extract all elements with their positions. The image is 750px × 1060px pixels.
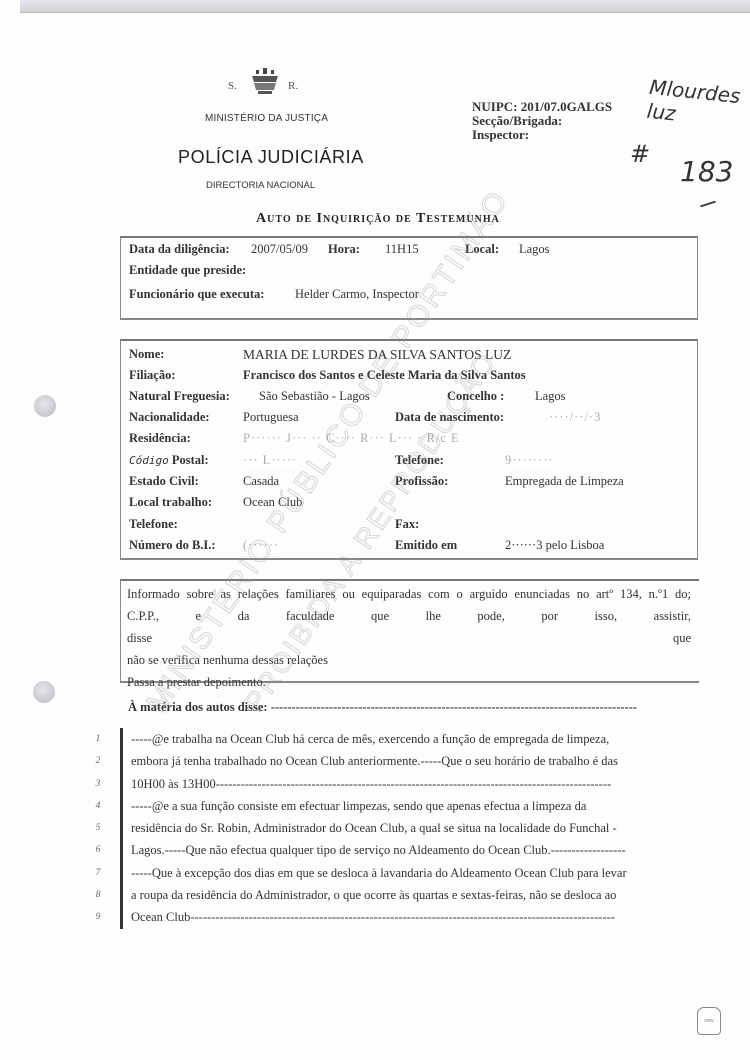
relations-line: Passa a prestar depoimento. bbox=[127, 671, 691, 693]
date-value: 2007/05/09 bbox=[251, 242, 308, 257]
id-number-value: (······ bbox=[243, 538, 279, 553]
parish-label: Natural Freguesia: bbox=[129, 389, 230, 403]
postal-value: ··· L····· bbox=[243, 453, 297, 468]
statement-line: 2embora já tenha trabalhado no Ocean Clu… bbox=[123, 750, 683, 772]
phone-label: Telefone: bbox=[395, 453, 444, 468]
nuipc-label: NUIPC: 201/07.0GALGS bbox=[472, 100, 612, 114]
name-row: Nome: MARIA DE LURDES DA SILVA SANTOS LU… bbox=[129, 347, 164, 362]
entity-label: Entidade que preside: bbox=[129, 263, 246, 277]
relations-text: Informado sobre as relações familiares o… bbox=[127, 583, 691, 693]
nationality-label: Nacionalidade: bbox=[129, 410, 210, 424]
civil-status-value: Casada bbox=[243, 474, 279, 489]
parish-row: Natural Freguesia: São Sebastião - Lagos… bbox=[129, 389, 230, 404]
relations-line: Informado sobre as relações familiares o… bbox=[127, 583, 691, 605]
crest-right-letter: R. bbox=[288, 80, 298, 92]
work-phone-row: Telefone: Fax: bbox=[129, 517, 178, 532]
workplace-row: Local trabalho: Ocean Club bbox=[129, 495, 212, 510]
statement-line: 5residência do Sr. Robin, Administrador … bbox=[123, 817, 683, 839]
document-title: Auto de Inquirição de Testemunha bbox=[256, 211, 500, 227]
statement-line: 1-----@e trabalha na Ocean Club há cerca… bbox=[123, 728, 683, 750]
name-value: MARIA DE LURDES DA SILVA SANTOS LUZ bbox=[243, 347, 511, 363]
id-row: Número do B.I.: (······ Emitido em 2····… bbox=[129, 538, 216, 553]
parents-row: Filiação: Francisco dos Santos e Celeste… bbox=[129, 368, 176, 383]
line-number: 5 bbox=[91, 817, 105, 839]
punch-hole bbox=[33, 681, 55, 703]
county-value: Lagos bbox=[535, 389, 566, 404]
time-label: Hora: bbox=[328, 242, 360, 257]
work-phone-label: Telefone: bbox=[129, 517, 178, 531]
id-number-label: Número do B.I.: bbox=[129, 538, 216, 552]
profession-label: Profissão: bbox=[395, 474, 448, 489]
relations-box: Informado sobre as relações familiares o… bbox=[120, 579, 699, 683]
agency-name: POLÍCIA JUDICIÁRIA bbox=[178, 147, 364, 168]
workplace-label: Local trabalho: bbox=[129, 495, 212, 509]
statement-line: 9Ocean Club-----------------------------… bbox=[123, 906, 683, 928]
postal-row: Código Postal: ··· L····· Telefone: 9···… bbox=[129, 453, 209, 468]
officer-label: Funcionário que executa: bbox=[129, 287, 264, 301]
relations-line: não se verifica nenhuma dessas relações bbox=[127, 649, 691, 671]
handwritten-underline bbox=[700, 201, 716, 208]
civil-row: Estado Civil: Casada Profissão: Empregad… bbox=[129, 474, 199, 489]
residence-value: P······ J··· ·· C···· R··· L··· · R/c E bbox=[243, 431, 460, 446]
line-number: 8 bbox=[91, 884, 105, 906]
statement-line: 6Lagos.-----Que não efectua qualquer tip… bbox=[123, 839, 683, 861]
officer-value: Helder Carmo, Inspector bbox=[295, 287, 419, 302]
statement-text: Lagos.-----Que não efectua qualquer tipo… bbox=[131, 843, 626, 857]
birth-date-label: Data de nascimento: bbox=[395, 410, 504, 425]
statement-text: -----@e a sua função consiste em efectua… bbox=[131, 799, 586, 813]
line-number: 4 bbox=[91, 795, 105, 817]
profession-value: Empregada de Limpeza bbox=[505, 474, 624, 489]
case-reference-block: NUIPC: 201/07.0GALGS Secção/Brigada: Ins… bbox=[472, 100, 612, 142]
statement-text: 10H00 às 13H00--------------------------… bbox=[131, 777, 611, 791]
handwritten-name: Mlourdes luz bbox=[646, 75, 750, 133]
scan-top-edge bbox=[20, 0, 750, 13]
parents-value: Francisco dos Santos e Celeste Maria da … bbox=[243, 368, 526, 383]
statement-line: 310H00 às 13H00-------------------------… bbox=[123, 773, 683, 795]
statement-line: 4-----@e a sua função consiste em efectu… bbox=[123, 795, 683, 817]
line-number: 9 bbox=[91, 906, 105, 928]
inspector-label: Inspector: bbox=[472, 128, 612, 142]
crest-row: S. R. bbox=[228, 68, 318, 96]
postal-label: Postal: bbox=[169, 453, 209, 467]
parish-value: São Sebastião - Lagos bbox=[259, 389, 370, 404]
punch-hole bbox=[34, 395, 56, 417]
nationality-value: Portuguesa bbox=[243, 410, 299, 425]
statement-line: 8a roupa da residência do Administrador,… bbox=[123, 884, 683, 906]
birth-date-value: ····/··/·3 bbox=[549, 410, 601, 425]
statement-text: embora já tenha trabalhado no Ocean Club… bbox=[131, 754, 618, 768]
place-value: Lagos bbox=[519, 242, 550, 257]
coat-of-arms-icon bbox=[248, 68, 282, 96]
statement-text: -----Que à excepção dos dias em que se d… bbox=[131, 866, 627, 880]
ministry-name: MINISTÉRIO DA JUSTIÇA bbox=[205, 113, 328, 124]
handwritten-page-number: 183 bbox=[680, 155, 733, 188]
witness-box: Nome: MARIA DE LURDES DA SILVA SANTOS LU… bbox=[120, 339, 698, 560]
officer-row: Funcionário que executa: Helder Carmo, I… bbox=[129, 287, 264, 302]
statement-line: 7-----Que à excepção dos dias em que se … bbox=[123, 862, 683, 884]
line-number: 7 bbox=[91, 862, 105, 884]
entity-row: Entidade que preside: bbox=[129, 263, 246, 278]
place-label: Local: bbox=[465, 242, 499, 257]
crest-left-letter: S. bbox=[228, 80, 237, 92]
fax-label: Fax: bbox=[395, 517, 419, 532]
issued-label: Emitido em bbox=[395, 538, 457, 553]
statement-text: residência do Sr. Robin, Administrador d… bbox=[131, 821, 617, 835]
statement-text: a roupa da residência do Administrador, … bbox=[131, 888, 616, 902]
postal-label-prefix: Código bbox=[129, 454, 169, 467]
statement-heading: À matéria dos autos disse: -------------… bbox=[128, 700, 637, 715]
seccao-label: Secção/Brigada: bbox=[472, 114, 612, 128]
workplace-value: Ocean Club bbox=[243, 495, 302, 510]
statement-lines: 1-----@e trabalha na Ocean Club há cerca… bbox=[120, 728, 683, 929]
statement-text: Ocean Club------------------------------… bbox=[131, 910, 615, 924]
residence-row: Residência: P······ J··· ·· C···· R··· L… bbox=[129, 431, 191, 446]
line-number: 1 bbox=[91, 728, 105, 750]
line-number: 2 bbox=[91, 750, 105, 772]
time-value: 11H15 bbox=[385, 242, 419, 257]
name-label: Nome: bbox=[129, 347, 164, 361]
handwritten-mark: # bbox=[630, 140, 650, 168]
statement-text: -----@e trabalha na Ocean Club há cerca … bbox=[131, 732, 609, 746]
diligence-box: Data da diligência: 2007/05/09 Hora: 11H… bbox=[120, 236, 698, 320]
issued-value: 2······3 pelo Lisboa bbox=[505, 538, 604, 553]
line-number: 3 bbox=[91, 773, 105, 795]
relations-line: C.P.P., e da faculdade que lhe pode, por… bbox=[127, 605, 691, 649]
county-label: Concelho : bbox=[447, 389, 504, 404]
archive-stamp: cmv bbox=[697, 1007, 721, 1035]
directorate-name: DIRECTORIA NACIONAL bbox=[206, 180, 315, 191]
line-number: 6 bbox=[91, 839, 105, 861]
parents-label: Filiação: bbox=[129, 368, 176, 382]
civil-status-label: Estado Civil: bbox=[129, 474, 199, 488]
diligence-row: Data da diligência: 2007/05/09 Hora: 11H… bbox=[129, 242, 230, 257]
nationality-row: Nacionalidade: Portuguesa Data de nascim… bbox=[129, 410, 210, 425]
date-label: Data da diligência: bbox=[129, 242, 230, 256]
residence-label: Residência: bbox=[129, 431, 191, 445]
phone-value: 9········ bbox=[505, 453, 554, 468]
